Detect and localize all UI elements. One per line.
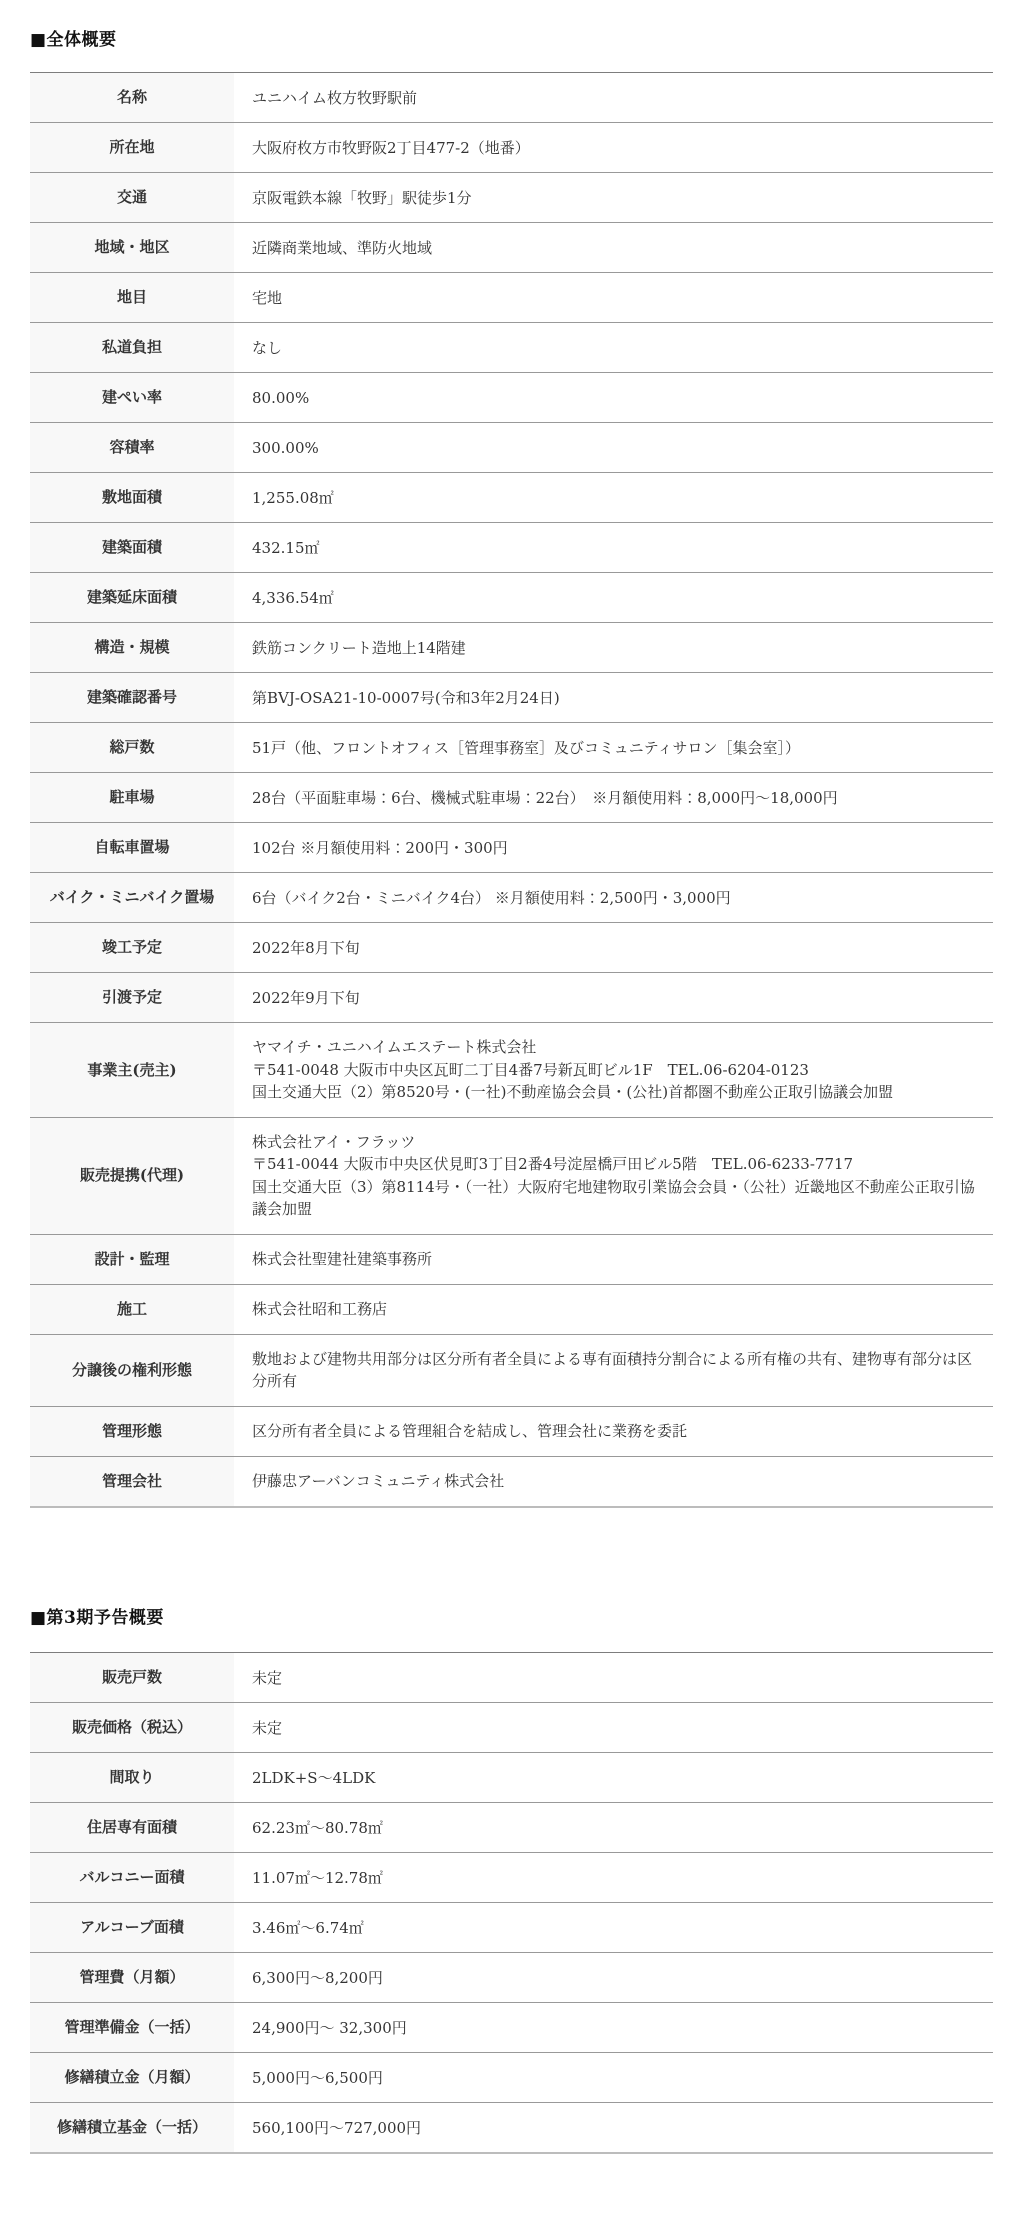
row-value-line: 大阪府枚方市牧野阪2丁目477-2（地番） [252, 137, 975, 160]
row-value-line: 28台（平面駐車場：6台、機械式駐車場：22台） ※月額使用料：8,000円〜1… [252, 787, 975, 810]
row-value-line: 6,300円〜8,200円 [252, 1967, 975, 1990]
row-value-line: 第BVJ-OSA21-10-0007号(令和3年2月24日) [252, 687, 975, 710]
row-label: 駐車場 [30, 773, 234, 823]
row-label: 敷地面積 [30, 473, 234, 523]
table-row: 建築面積432.15㎡ [30, 523, 993, 573]
row-value-line: 2LDK+S〜4LDK [252, 1767, 975, 1790]
row-label: 販売価格（税込） [30, 1703, 234, 1753]
row-label: 構造・規模 [30, 623, 234, 673]
row-value: 大阪府枚方市牧野阪2丁目477-2（地番） [234, 123, 993, 173]
row-label: 引渡予定 [30, 973, 234, 1023]
row-label: 自転車置場 [30, 823, 234, 873]
row-value: 2LDK+S〜4LDK [234, 1753, 993, 1803]
row-value-line: 株式会社アイ・フラッツ [252, 1131, 975, 1154]
table-row: 竣工予定2022年8月下旬 [30, 923, 993, 973]
table-row: 修繕積立基金（一括）560,100円〜727,000円 [30, 2103, 993, 2154]
section-overall-summary: ■全体概要 名称ユニハイム枚方牧野駅前所在地大阪府枚方市牧野阪2丁目477-2（… [30, 30, 993, 1508]
row-label: バルコニー面積 [30, 1853, 234, 1903]
row-value-line: 24,900円〜 32,300円 [252, 2017, 975, 2040]
table-row: バルコニー面積11.07㎡〜12.78㎡ [30, 1853, 993, 1903]
row-value-line: 国土交通大臣（3）第8114号・（一社）大阪府宅地建物取引業協会会員・（公社）近… [252, 1176, 975, 1221]
table-row: 事業主(売主)ヤマイチ・ユニハイムエステート株式会社〒541-0048 大阪市中… [30, 1023, 993, 1118]
table-row: 管理形態区分所有者全員による管理組合を結成し、管理会社に業務を委託 [30, 1406, 993, 1456]
row-value-line: 432.15㎡ [252, 537, 975, 560]
row-value-line: 伊藤忠アーバンコミュニティ株式会社 [252, 1470, 975, 1493]
row-value: 株式会社聖建社建築事務所 [234, 1234, 993, 1284]
table-row: バイク・ミニバイク置場6台（バイク2台・ミニバイク4台） ※月額使用料：2,50… [30, 873, 993, 923]
row-value-line: 560,100円〜727,000円 [252, 2117, 975, 2140]
row-value: 宅地 [234, 273, 993, 323]
row-value-line: ユニハイム枚方牧野駅前 [252, 87, 975, 110]
table-row: 管理費（月額）6,300円〜8,200円 [30, 1953, 993, 2003]
row-value: 6台（バイク2台・ミニバイク4台） ※月額使用料：2,500円・3,000円 [234, 873, 993, 923]
table-row: 販売戸数未定 [30, 1653, 993, 1703]
table-row: 分譲後の権利形態敷地および建物共用部分は区分所有者全員による専有面積持分割合によ… [30, 1334, 993, 1406]
phase3-preview-table-body: 販売戸数未定販売価格（税込）未定間取り2LDK+S〜4LDK住居専有面積62.2… [30, 1653, 993, 2154]
row-value: 62.23㎡〜80.78㎡ [234, 1803, 993, 1853]
row-value-line: 80.00% [252, 387, 975, 410]
row-label: 修繕積立金（月額） [30, 2053, 234, 2103]
row-label: 交通 [30, 173, 234, 223]
row-label: 所在地 [30, 123, 234, 173]
table-row: 地目宅地 [30, 273, 993, 323]
row-value-line: 区分所有者全員による管理組合を結成し、管理会社に業務を委託 [252, 1420, 975, 1443]
row-label: アルコーブ面積 [30, 1903, 234, 1953]
row-value-line: 〒541-0044 大阪市中央区伏見町3丁目2番4号淀屋橋戸田ビル5階 TEL.… [252, 1153, 975, 1176]
row-label: 建ぺい率 [30, 373, 234, 423]
row-value: 京阪電鉄本線「牧野」駅徒歩1分 [234, 173, 993, 223]
row-value: 5,000円〜6,500円 [234, 2053, 993, 2103]
row-value: 28台（平面駐車場：6台、機械式駐車場：22台） ※月額使用料：8,000円〜1… [234, 773, 993, 823]
overall-summary-title: ■全体概要 [30, 30, 993, 50]
row-value-line: 2022年8月下旬 [252, 937, 975, 960]
table-row: 管理会社伊藤忠アーバンコミュニティ株式会社 [30, 1456, 993, 1507]
row-value-line: 300.00% [252, 437, 975, 460]
row-label: 住居専有面積 [30, 1803, 234, 1853]
property-overview-page: ■全体概要 名称ユニハイム枚方牧野駅前所在地大阪府枚方市牧野阪2丁目477-2（… [30, 0, 993, 2214]
row-value: ユニハイム枚方牧野駅前 [234, 73, 993, 123]
row-value-line: 51戸（他、フロントオフィス［管理事務室］及びコミュニティサロン［集会室］） [252, 737, 975, 760]
row-value-line: 6台（バイク2台・ミニバイク4台） ※月額使用料：2,500円・3,000円 [252, 887, 975, 910]
table-row: 敷地面積1,255.08㎡ [30, 473, 993, 523]
row-value: 560,100円〜727,000円 [234, 2103, 993, 2154]
row-value-line: 2022年9月下旬 [252, 987, 975, 1010]
row-value: 第BVJ-OSA21-10-0007号(令和3年2月24日) [234, 673, 993, 723]
phase3-preview-table: 販売戸数未定販売価格（税込）未定間取り2LDK+S〜4LDK住居専有面積62.2… [30, 1652, 993, 2154]
row-label: 販売提携(代理) [30, 1117, 234, 1234]
row-value: 株式会社昭和工務店 [234, 1284, 993, 1334]
row-value-line: 国土交通大臣（2）第8520号・(一社)不動産協会会員・(公社)首都圏不動産公正… [252, 1081, 975, 1104]
row-value-line: 1,255.08㎡ [252, 487, 975, 510]
row-value: 51戸（他、フロントオフィス［管理事務室］及びコミュニティサロン［集会室］） [234, 723, 993, 773]
row-value-line: ヤマイチ・ユニハイムエステート株式会社 [252, 1036, 975, 1059]
row-label: 建築延床面積 [30, 573, 234, 623]
row-value-line: なし [252, 337, 975, 360]
row-value: 4,336.54㎡ [234, 573, 993, 623]
row-value: なし [234, 323, 993, 373]
table-row: 所在地大阪府枚方市牧野阪2丁目477-2（地番） [30, 123, 993, 173]
row-value: 近隣商業地域、準防火地域 [234, 223, 993, 273]
row-value: 102台 ※月額使用料：200円・300円 [234, 823, 993, 873]
row-label: 竣工予定 [30, 923, 234, 973]
table-row: 住居専有面積62.23㎡〜80.78㎡ [30, 1803, 993, 1853]
table-row: 総戸数51戸（他、フロントオフィス［管理事務室］及びコミュニティサロン［集会室］… [30, 723, 993, 773]
row-value-line: 鉄筋コンクリート造地上14階建 [252, 637, 975, 660]
row-value: 未定 [234, 1653, 993, 1703]
table-row: 間取り2LDK+S〜4LDK [30, 1753, 993, 1803]
row-value-line: 102台 ※月額使用料：200円・300円 [252, 837, 975, 860]
row-label: 施工 [30, 1284, 234, 1334]
table-row: 交通京阪電鉄本線「牧野」駅徒歩1分 [30, 173, 993, 223]
row-value-line: 株式会社聖建社建築事務所 [252, 1248, 975, 1271]
row-label: バイク・ミニバイク置場 [30, 873, 234, 923]
table-row: 建ぺい率80.00% [30, 373, 993, 423]
table-row: 管理準備金（一括）24,900円〜 32,300円 [30, 2003, 993, 2053]
table-row: 修繕積立金（月額）5,000円〜6,500円 [30, 2053, 993, 2103]
row-value-line: 3.46㎡〜6.74㎡ [252, 1917, 975, 1940]
row-value-line: 未定 [252, 1717, 975, 1740]
row-label: 分譲後の権利形態 [30, 1334, 234, 1406]
row-value: 区分所有者全員による管理組合を結成し、管理会社に業務を委託 [234, 1406, 993, 1456]
row-label: 建築面積 [30, 523, 234, 573]
table-row: アルコーブ面積3.46㎡〜6.74㎡ [30, 1903, 993, 1953]
row-value: 80.00% [234, 373, 993, 423]
row-value-line: 5,000円〜6,500円 [252, 2067, 975, 2090]
row-label: 管理費（月額） [30, 1953, 234, 2003]
table-row: 建築延床面積4,336.54㎡ [30, 573, 993, 623]
row-value: 鉄筋コンクリート造地上14階建 [234, 623, 993, 673]
row-label: 管理形態 [30, 1406, 234, 1456]
row-label: 名称 [30, 73, 234, 123]
section-phase3-preview: ■第3期予告概要 販売戸数未定販売価格（税込）未定間取り2LDK+S〜4LDK住… [30, 1608, 993, 2154]
row-label: 設計・監理 [30, 1234, 234, 1284]
row-value: 未定 [234, 1703, 993, 1753]
row-value-line: 未定 [252, 1667, 975, 1690]
table-row: 容積率300.00% [30, 423, 993, 473]
table-row: 構造・規模鉄筋コンクリート造地上14階建 [30, 623, 993, 673]
row-value: 2022年9月下旬 [234, 973, 993, 1023]
table-row: 施工株式会社昭和工務店 [30, 1284, 993, 1334]
table-row: 自転車置場102台 ※月額使用料：200円・300円 [30, 823, 993, 873]
row-value: 432.15㎡ [234, 523, 993, 573]
row-value-line: 京阪電鉄本線「牧野」駅徒歩1分 [252, 187, 975, 210]
phase3-preview-title: ■第3期予告概要 [30, 1608, 993, 1628]
row-label: 容積率 [30, 423, 234, 473]
row-value: 1,255.08㎡ [234, 473, 993, 523]
table-row: 建築確認番号第BVJ-OSA21-10-0007号(令和3年2月24日) [30, 673, 993, 723]
row-value: 2022年8月下旬 [234, 923, 993, 973]
row-value-line: 宅地 [252, 287, 975, 310]
row-value: 11.07㎡〜12.78㎡ [234, 1853, 993, 1903]
row-value-line: 近隣商業地域、準防火地域 [252, 237, 975, 260]
row-label: 総戸数 [30, 723, 234, 773]
row-value-line: 11.07㎡〜12.78㎡ [252, 1867, 975, 1890]
row-value: 300.00% [234, 423, 993, 473]
row-label: 管理会社 [30, 1456, 234, 1507]
table-row: 設計・監理株式会社聖建社建築事務所 [30, 1234, 993, 1284]
overall-summary-table-body: 名称ユニハイム枚方牧野駅前所在地大阪府枚方市牧野阪2丁目477-2（地番）交通京… [30, 73, 993, 1507]
table-row: 地域・地区近隣商業地域、準防火地域 [30, 223, 993, 273]
table-row: 引渡予定2022年9月下旬 [30, 973, 993, 1023]
row-value-line: 敷地および建物共用部分は区分所有者全員による専有面積持分割合による所有権の共有、… [252, 1348, 975, 1393]
table-row: 駐車場28台（平面駐車場：6台、機械式駐車場：22台） ※月額使用料：8,000… [30, 773, 993, 823]
row-label: 修繕積立基金（一括） [30, 2103, 234, 2154]
row-value: 6,300円〜8,200円 [234, 1953, 993, 2003]
row-value: 伊藤忠アーバンコミュニティ株式会社 [234, 1456, 993, 1507]
row-label: 地域・地区 [30, 223, 234, 273]
table-row: 販売価格（税込）未定 [30, 1703, 993, 1753]
row-label: 販売戸数 [30, 1653, 234, 1703]
row-value-line: 62.23㎡〜80.78㎡ [252, 1817, 975, 1840]
table-row: 販売提携(代理)株式会社アイ・フラッツ〒541-0044 大阪市中央区伏見町3丁… [30, 1117, 993, 1234]
row-label: 管理準備金（一括） [30, 2003, 234, 2053]
row-value: 敷地および建物共用部分は区分所有者全員による専有面積持分割合による所有権の共有、… [234, 1334, 993, 1406]
row-label: 地目 [30, 273, 234, 323]
row-value: 3.46㎡〜6.74㎡ [234, 1903, 993, 1953]
row-value-line: 〒541-0048 大阪市中央区瓦町二丁目4番7号新瓦町ビル1F TEL.06-… [252, 1059, 975, 1082]
table-row: 名称ユニハイム枚方牧野駅前 [30, 73, 993, 123]
row-value-line: 4,336.54㎡ [252, 587, 975, 610]
row-label: 間取り [30, 1753, 234, 1803]
row-label: 私道負担 [30, 323, 234, 373]
row-value: 24,900円〜 32,300円 [234, 2003, 993, 2053]
row-label: 建築確認番号 [30, 673, 234, 723]
table-row: 私道負担なし [30, 323, 993, 373]
row-value-line: 株式会社昭和工務店 [252, 1298, 975, 1321]
row-value: ヤマイチ・ユニハイムエステート株式会社〒541-0048 大阪市中央区瓦町二丁目… [234, 1023, 993, 1118]
row-value: 株式会社アイ・フラッツ〒541-0044 大阪市中央区伏見町3丁目2番4号淀屋橋… [234, 1117, 993, 1234]
row-label: 事業主(売主) [30, 1023, 234, 1118]
overall-summary-table: 名称ユニハイム枚方牧野駅前所在地大阪府枚方市牧野阪2丁目477-2（地番）交通京… [30, 72, 993, 1508]
